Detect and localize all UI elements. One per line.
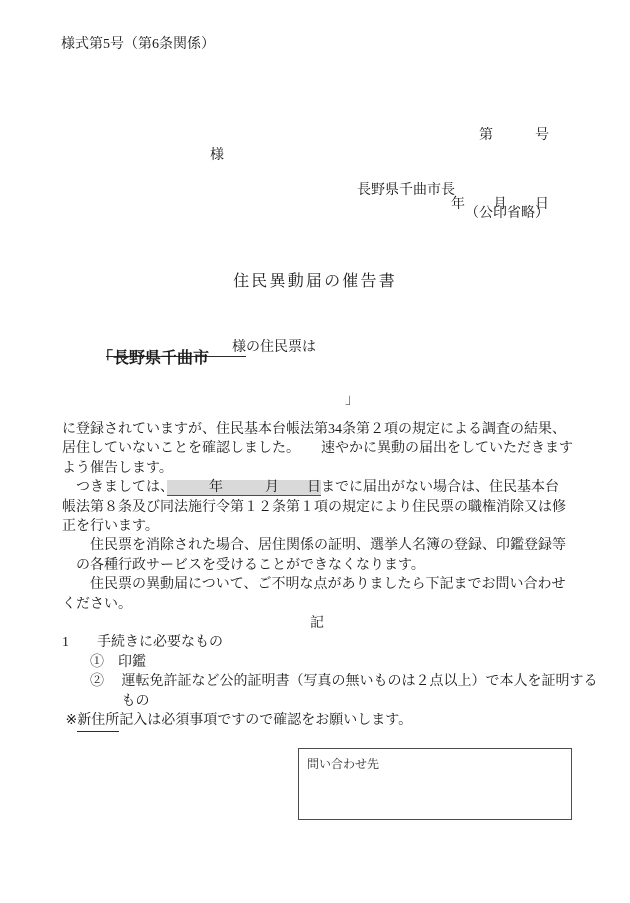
body-line: 住民票の異動届について、ご不明な点がありましたら下記までお問い合わせ xyxy=(62,575,572,594)
deadline-before: つきましては、 xyxy=(62,480,167,495)
document-title: 住民異動届の催告書 xyxy=(0,268,630,291)
body-line: に登録されていますが、住民基本台帳法第34条第２項の規定による調査の結果、 xyxy=(62,420,572,439)
note-line: ※新住所記入は必須事項ですので確認をお願いします。 xyxy=(62,711,572,731)
note-prefix: ※ xyxy=(62,713,77,728)
note-underlined-text: 新住所 xyxy=(77,711,119,731)
deadline-date-field: 年 月 日 xyxy=(167,480,321,496)
contact-box-label: 問い合わせ先 xyxy=(299,749,571,778)
document-page: 様式第5号（第6条関係） 第 号 年 月 日 様 長野県千曲市長 （公印省略） … xyxy=(0,0,630,903)
registered-address-close: 」 xyxy=(345,389,359,409)
registered-address-open: 「長野県千曲市 xyxy=(97,345,209,368)
form-number: 様式第5号（第6条関係） xyxy=(61,33,215,53)
ki-heading: 記 xyxy=(62,614,572,633)
addressee-honorific: 様 xyxy=(210,144,224,164)
body-line: 正を行います。 xyxy=(62,517,572,536)
sender-name: 長野県千曲市長 xyxy=(357,179,455,199)
body-line: 帳法第８条及び同法施行令第１２条第１項の規定により住民票の職権消除又は修 xyxy=(62,498,572,517)
contact-box: 問い合わせ先 xyxy=(298,748,572,820)
list-item: ② 運転免許証など公的証明書（写真の無いものは２点以上）で本人を証明する xyxy=(62,672,572,691)
list-item: もの xyxy=(62,692,572,711)
body-line: よう催告します。 xyxy=(62,459,572,478)
document-number-block: 第 号 年 月 日 xyxy=(451,78,549,262)
list-item: ① 印鑑 xyxy=(62,653,572,672)
note-suffix: 記入は必須事項ですので確認をお願いします。 xyxy=(119,713,412,728)
deadline-line: つきましては、 年 月 日までに届出がない場合は、住民基本台 xyxy=(62,478,572,497)
body-text: に登録されていますが、住民基本台帳法第34条第２項の規定による調査の結果、 居住… xyxy=(62,420,572,732)
deadline-after: までに届出がない場合は、住民基本台 xyxy=(321,480,559,495)
list-item: 1 手続きに必要なもの xyxy=(62,633,572,652)
body-line: ください。 xyxy=(62,595,572,614)
body-line: 住民票を消除された場合、居住関係の証明、選挙人名簿の登録、印鑑登録等 xyxy=(62,536,572,555)
name-line-rest: の住民票は xyxy=(246,340,316,355)
document-number-line: 第 号 xyxy=(451,124,549,147)
body-line: 居住していないことを確認しました。 速やかに異動の届出をしていただきます xyxy=(62,439,572,458)
seal-omitted-note: （公印省略） xyxy=(465,202,549,222)
body-line: の各種行政サービスを受けることができなくなります。 xyxy=(62,556,572,575)
